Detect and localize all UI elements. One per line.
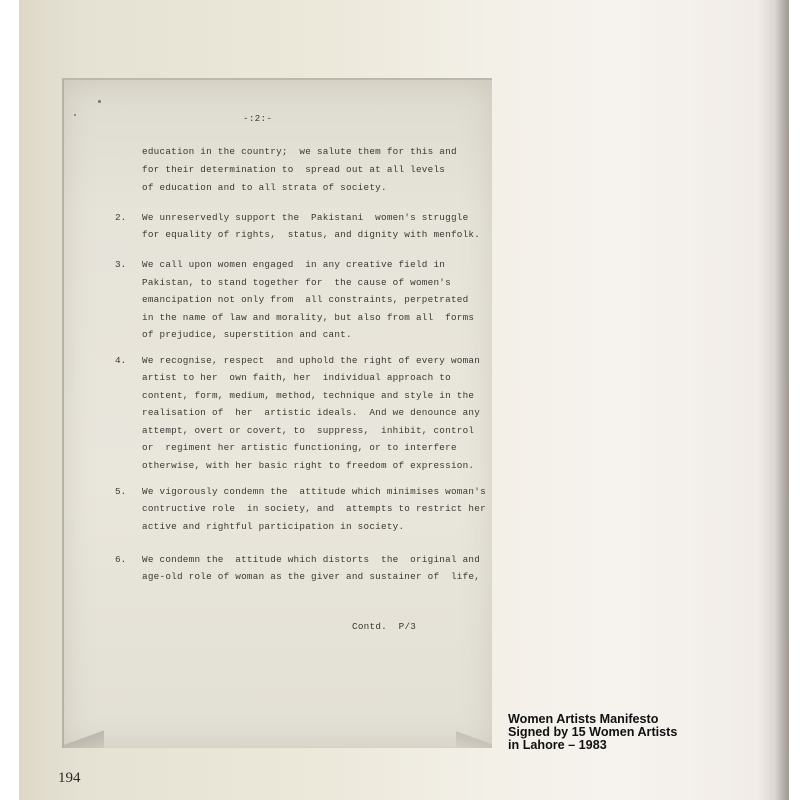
item-line: Pakistan, to stand together for the caus… <box>142 277 451 288</box>
item-line: realisation of her artistic ideals. And … <box>142 407 480 418</box>
item-line: age-old role of woman as the giver and s… <box>142 571 480 582</box>
item-number: 4. <box>115 355 126 366</box>
item-line: We condemn the attitude which distorts t… <box>142 554 480 565</box>
book-gutter-shadow <box>775 0 789 800</box>
item-number: 5. <box>115 486 126 497</box>
page-number: 194 <box>58 770 81 787</box>
item-number: 2. <box>115 212 126 223</box>
item-line: in the name of law and morality, but als… <box>142 312 474 323</box>
sheet-page-marker: -:2:- <box>243 113 272 124</box>
item-line: We unreservedly support the Pakistani wo… <box>142 212 468 223</box>
item-number: 3. <box>115 259 126 270</box>
figure-caption: Women Artists Manifesto Signed by 15 Wom… <box>508 713 677 752</box>
item-line: otherwise, with her basic right to freed… <box>142 460 474 471</box>
item-line: of prejudice, superstition and cant. <box>142 329 352 340</box>
intro-line: of education and to all strata of societ… <box>142 182 387 193</box>
intro-line: education in the country; we salute them… <box>142 146 457 157</box>
item-line: We recognise, respect and uphold the rig… <box>142 355 480 366</box>
typewritten-manifesto-sheet: -:2:- education in the country; we salut… <box>62 78 492 748</box>
item-line: for equality of rights, status, and dign… <box>142 229 480 240</box>
item-line: emancipation not only from all constrain… <box>142 294 468 305</box>
item-number: 6. <box>115 554 126 565</box>
item-line: We vigorously condemn the attitude which… <box>142 486 486 497</box>
item-line: attempt, overt or covert, to suppress, i… <box>142 425 474 436</box>
caption-line: in Lahore – 1983 <box>508 739 677 752</box>
item-line: content, form, medium, method, technique… <box>142 390 474 401</box>
item-line: active and rightful participation in soc… <box>142 521 404 532</box>
intro-line: for their determination to spread out at… <box>142 164 445 175</box>
item-line: contructive role in society, and attempt… <box>142 503 486 514</box>
item-line: We call upon women engaged in any creati… <box>142 259 445 270</box>
item-line: artist to her own faith, her individual … <box>142 372 451 383</box>
paper-speck <box>98 100 101 103</box>
page-left-margin <box>0 0 19 800</box>
continuation-note: Contd. P/3 <box>352 621 416 632</box>
item-line: or regiment her artistic functioning, or… <box>142 442 457 453</box>
paper-speck <box>74 114 76 116</box>
